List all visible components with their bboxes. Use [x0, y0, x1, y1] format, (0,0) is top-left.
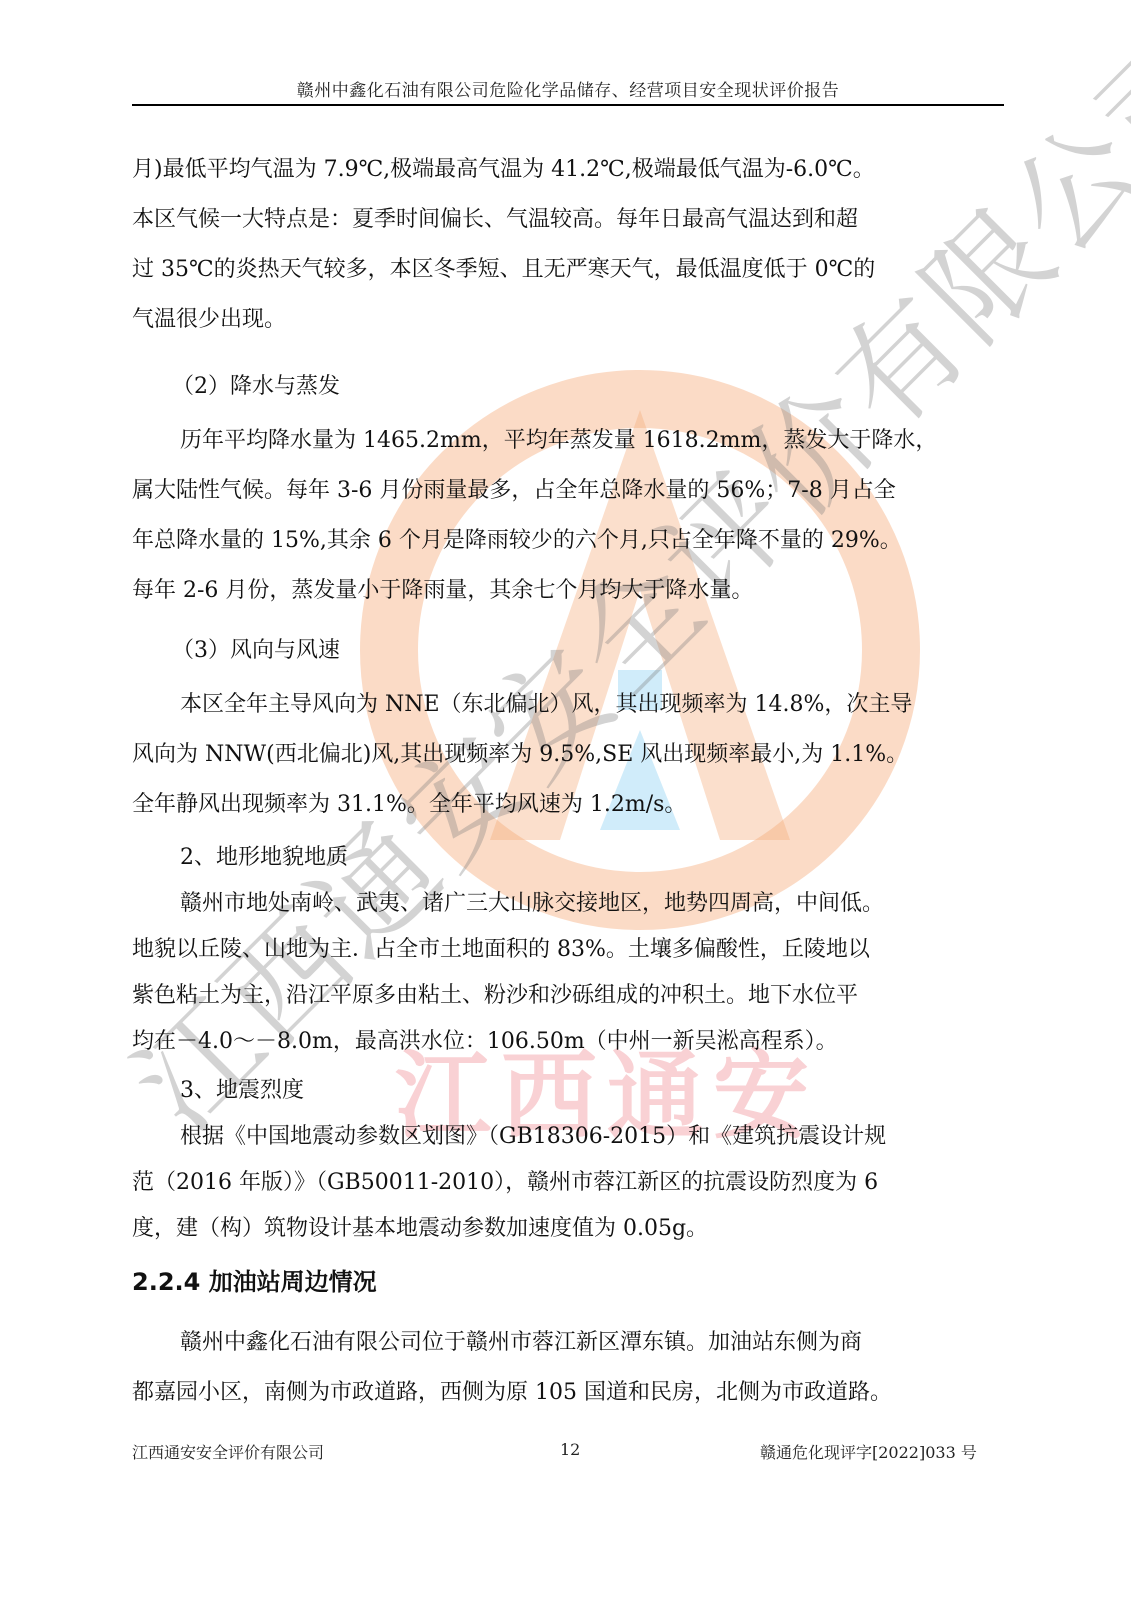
text-line: 月)最低平均气温为 7.9℃,极端最高气温为 41.2℃,极端最低气温为-6.0…: [132, 145, 1004, 195]
text-line: 均在－4.0～－8.0m，最高洪水位：106.50m（中州一新吴淞高程系）。: [132, 1019, 1004, 1065]
text-line: 全年静风出现频率为 31.1%。全年平均风速为 1.2m/s。: [132, 780, 1004, 830]
footer-doc-number: 赣通危化现评字[2022]033 号: [760, 1440, 977, 1463]
text-line: 历年平均降水量为 1465.2mm，平均年蒸发量 1618.2mm，蒸发大于降水…: [132, 416, 1004, 466]
climate-paragraph: 月)最低平均气温为 7.9℃,极端最高气温为 41.2℃,极端最低气温为-6.0…: [132, 145, 1004, 345]
text-line: 年总降水量的 15%,其余 6 个月是降雨较少的六个月,只占全年降不量的 29%…: [132, 516, 1004, 566]
section-heading: 2.2.4 加油站周边情况: [132, 1262, 377, 1297]
wind-paragraph: 本区全年主导风向为 NNE（东北偏北）风，其出现频率为 14.8%，次主导 风向…: [132, 680, 1004, 830]
text-line: 度，建（构）筑物设计基本地震动参数加速度值为 0.05g。: [132, 1206, 1004, 1252]
subheading-terrain: 2、地形地貌地质: [132, 835, 1004, 881]
text-line: 气温很少出现。: [132, 295, 1004, 345]
terrain-section: 2、地形地貌地质 赣州市地处南岭、武夷、诸广三大山脉交接地区，地势四周高，中间低…: [132, 835, 1004, 1065]
text-line: 范（2016 年版）》（GB50011-2010），赣州市蓉江新区的抗震设防烈度…: [132, 1160, 1004, 1206]
text-line: 根据《中国地震动参数区划图》（GB18306-2015）和《建筑抗震设计规: [132, 1114, 1004, 1160]
subheading-wind: （3）风向与风速: [132, 626, 1004, 676]
text-line: 属大陆性气候。每年 3-6 月份雨量最多，占全年总降水量的 56%；7-8 月占…: [132, 466, 1004, 516]
text-line: 赣州中鑫化石油有限公司位于赣州市蓉江新区潭东镇。加油站东侧为商: [132, 1318, 1004, 1368]
text-line: 本区气候一大特点是：夏季时间偏长、气温较高。每年日最高气温达到和超: [132, 195, 1004, 245]
wind-section: （3）风向与风速: [132, 626, 1004, 676]
precip-section: （2）降水与蒸发: [132, 362, 1004, 412]
footer-page-number: 12: [560, 1440, 580, 1459]
quake-section: 3、地震烈度 根据《中国地震动参数区划图》（GB18306-2015）和《建筑抗…: [132, 1068, 1004, 1252]
text-line: 本区全年主导风向为 NNE（东北偏北）风，其出现频率为 14.8%，次主导: [132, 680, 1004, 730]
text-line: 地貌以丘陵、山地为主．占全市土地面积的 83%。土壤多偏酸性，丘陵地以: [132, 927, 1004, 973]
header-divider: [132, 104, 1004, 106]
footer-company: 江西通安安全评价有限公司: [132, 1440, 324, 1463]
subheading-quake: 3、地震烈度: [132, 1068, 1004, 1114]
text-line: 都嘉园小区，南侧为市政道路，西侧为原 105 国道和民房，北侧为市政道路。: [132, 1368, 1004, 1418]
text-line: 赣州市地处南岭、武夷、诸广三大山脉交接地区，地势四周高，中间低。: [132, 881, 1004, 927]
precip-paragraph: 历年平均降水量为 1465.2mm，平均年蒸发量 1618.2mm，蒸发大于降水…: [132, 416, 1004, 616]
page-header-title: 赣州中鑫化石油有限公司危险化学品储存、经营项目安全现状评价报告: [132, 76, 1004, 101]
text-line: 每年 2-6 月份，蒸发量小于降雨量，其余七个月均大于降水量。: [132, 566, 1004, 616]
surroundings-paragraph: 赣州中鑫化石油有限公司位于赣州市蓉江新区潭东镇。加油站东侧为商 都嘉园小区，南侧…: [132, 1318, 1004, 1418]
subheading-precip: （2）降水与蒸发: [132, 362, 1004, 412]
text-line: 风向为 NNW(西北偏北)风,其出现频率为 9.5%,SE 风出现频率最小,为 …: [132, 730, 1004, 780]
text-line: 紫色粘土为主，沿江平原多由粘土、粉沙和沙砾组成的冲积土。地下水位平: [132, 973, 1004, 1019]
text-line: 过 35℃的炎热天气较多，本区冬季短、且无严寒天气，最低温度低于 0℃的: [132, 245, 1004, 295]
